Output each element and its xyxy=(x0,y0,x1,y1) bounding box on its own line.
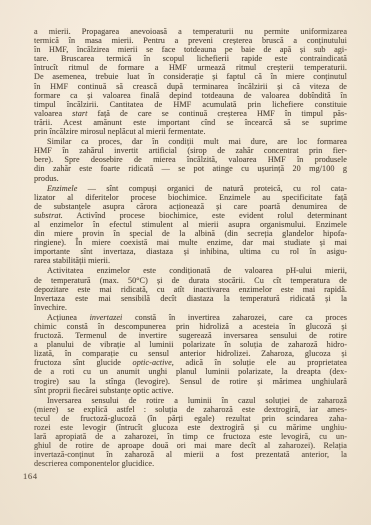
text-line: timpul încălzirii. Cantitatea de HMF acu… xyxy=(34,100,347,109)
text-line: produs. xyxy=(34,174,347,183)
text-line: Enzimele — sînt compuși organici de natu… xyxy=(34,184,347,193)
text-line: lară apropiată de a zaharozei, în timp c… xyxy=(34,432,347,441)
text-line: depozitare este mai ridicată, cu atît in… xyxy=(34,285,347,294)
paragraph: Activitatea enzimelor este condiționată … xyxy=(34,266,347,311)
text-line: din zahăr este foarte ridicată — se pot … xyxy=(34,164,347,173)
text-line: de a roti cu un anumit unghi planul lumi… xyxy=(34,367,347,376)
text-line: rarea stabilității mierii. xyxy=(34,256,347,265)
text-line: de temperatură (max. 50°C) și de durata … xyxy=(34,276,347,285)
text-line: importante sînt invertaza, diastaza și i… xyxy=(34,247,347,256)
text-line: tare. Bruscarea termică în scopul lichef… xyxy=(34,54,347,63)
text-line: a planului de vibrație al luminii polari… xyxy=(34,340,347,349)
text-line: fructoză. Termenul de invertire sugereaz… xyxy=(34,331,347,340)
paragraph: Inversarea sensului de rotire a luminii … xyxy=(34,396,347,469)
text-line: ghiul de rotire de aproape două ori mai … xyxy=(34,441,347,450)
text-line: termică în masa mierii. Pentru a preveni… xyxy=(34,36,347,45)
text-line: întrucît ritmul de formare a HMF urmează… xyxy=(34,63,347,72)
text-line: valoarea start față de care se continuă … xyxy=(34,109,347,118)
text-line: de substanțele asupra cărora acționează … xyxy=(34,202,347,211)
text-line: a mierii. Propagarea anevoioasă a temper… xyxy=(34,27,347,36)
text-line: chimic constă în descompunerea prin hidr… xyxy=(34,322,347,331)
text-line: descrierea componentelor glucidice. xyxy=(34,459,347,468)
text-line: formare ca și valoarea finală depind tot… xyxy=(34,91,347,100)
text-line: în HMF, încălzirea mierii se face totdea… xyxy=(34,45,347,54)
page-number: 164 xyxy=(23,471,38,481)
text-line: Invertaza este mai sensibilă decît diast… xyxy=(34,294,347,303)
page-text: a mierii. Propagarea anevoioasă a temper… xyxy=(34,27,347,470)
text-line: tecul de fructoză-glucoză (în părți egal… xyxy=(34,414,347,423)
text-line: (miere) se explică astfel : soluția de z… xyxy=(34,405,347,414)
text-line: sînt proprii fiecărei substanțe optic ac… xyxy=(34,386,347,395)
text-line: lizator al diferitelor procese biochimic… xyxy=(34,193,347,202)
text-line: trogire) sau la stînga (levogire). Sensu… xyxy=(34,377,347,386)
text-line: lizată, în comparație cu sensul anterior… xyxy=(34,349,347,358)
text-line: trării. Acest amănunt este important cîn… xyxy=(34,118,347,127)
text-line: Acțiunea invertazei constă în invertirea… xyxy=(34,313,347,322)
paragraph: Similar ca proces, dar în condiții mult … xyxy=(34,137,347,182)
text-line: al enzimelor în efectul stimulent al mie… xyxy=(34,220,347,229)
book-page: a mierii. Propagarea anevoioasă a temper… xyxy=(0,0,371,525)
text-line: învechire. xyxy=(34,303,347,312)
text-line: HMF în zahărul invertit artificial (siro… xyxy=(34,146,347,155)
text-line: invertază-conținut în zaharoză al mierii… xyxy=(34,450,347,459)
text-line: fructoza sînt glucide optic-active, adic… xyxy=(34,358,347,367)
text-line: substrat. Activînd procese biochimice, e… xyxy=(34,211,347,220)
paragraph: a mierii. Propagarea anevoioasă a temper… xyxy=(34,27,347,136)
paragraph: Enzimele — sînt compuși organici de natu… xyxy=(34,184,347,266)
text-line: rozei este levogir (întrucît glucoza est… xyxy=(34,423,347,432)
text-line: prin încălzire mirosul neplăcut al mieri… xyxy=(34,127,347,136)
text-line: Activitatea enzimelor este condiționată … xyxy=(34,266,347,275)
text-line: bere). Spre deosebire de mierea încălzit… xyxy=(34,155,347,164)
text-line: în HMF continuă să crească după terminar… xyxy=(34,82,347,91)
text-line: din miere provin în special de la albină… xyxy=(34,229,347,238)
text-line: De asemenea, trebuie luat în considerați… xyxy=(34,72,347,81)
text-line: Inversarea sensului de rotire a luminii … xyxy=(34,396,347,405)
text-line: Similar ca proces, dar în condiții mult … xyxy=(34,137,347,146)
text-line: ringiene). În miere coexistă mai multe e… xyxy=(34,238,347,247)
paragraph: Acțiunea invertazei constă în invertirea… xyxy=(34,313,347,395)
